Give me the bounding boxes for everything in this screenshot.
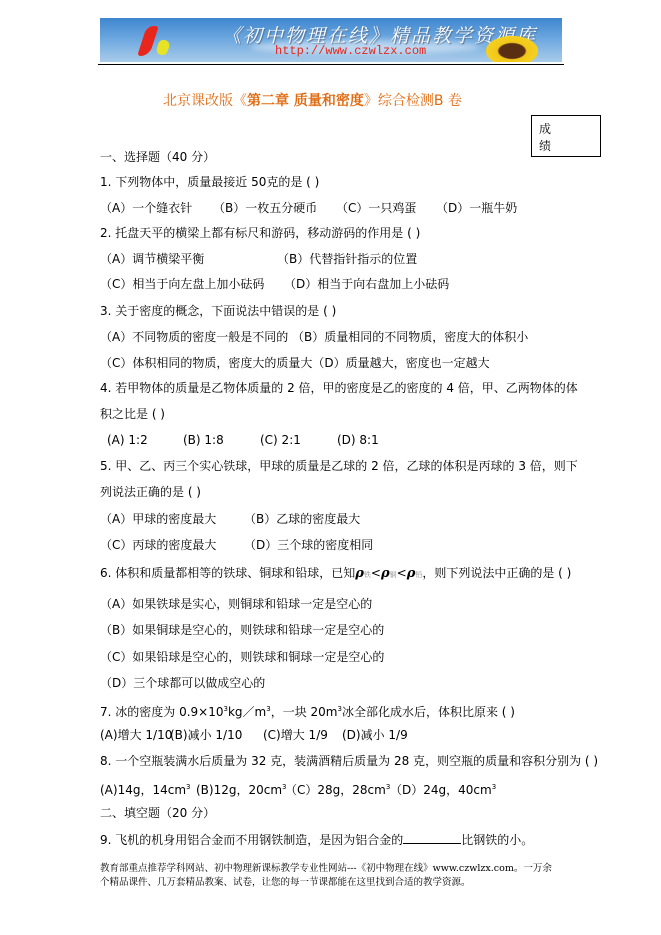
q5-option-c: （C）丙球的密度最大 xyxy=(100,538,216,552)
question-4-stem-2: 积之比是 ( ) xyxy=(100,407,165,421)
q2-option-c: （C）相当于向左盘上加小砝码 xyxy=(100,277,264,291)
question-5-stem-1: 5. 甲、乙、丙三个实心铁球，甲球的质量是乙球的 2 倍，乙球的体积是丙球的 3… xyxy=(100,459,578,473)
q1-option-c: （C）一只鸡蛋 xyxy=(336,201,416,215)
q3-options-line-2: （C）体积相同的物质，密度大的质量大（D）质量越大，密度也一定越大 xyxy=(100,356,490,370)
question-5-stem-2: 列说法正确的是 ( ) xyxy=(100,485,201,499)
score-label-1: 成 xyxy=(539,121,600,138)
q6-option-c: （C）如果铅球是空心的，则铁球和铜球一定是空心的 xyxy=(100,650,384,664)
less-than: < xyxy=(371,566,381,580)
q3-options-line-1: （A）不同物质的密度一般是不同的 （B）质量相同的不同物质，密度大的体积小 xyxy=(100,330,528,344)
q8-option-a: (A)14g，14cm3 xyxy=(100,780,191,797)
score-box: 成 绩 xyxy=(531,115,601,157)
q8-option-b-text: (B)12g，20cm xyxy=(196,783,282,797)
footer-line-2: 个精品课件、几万套精品教案、试卷，让您的每一节课都能在这里找到合适的教学资源。 xyxy=(100,876,570,890)
q7-option-d: (D)减小 1/9 xyxy=(342,728,408,742)
question-7-stem: 7. 冰的密度为 0.9×103kg／m3，一块 20m3冰全部化成水后，体积比… xyxy=(100,702,515,719)
q7-stem-b: kg／m xyxy=(228,705,266,719)
question-9-stem: 9. 飞机的机身用铝合金而不用钢铁制造，是因为铝合金的比钢铁的小。 xyxy=(100,832,533,847)
q7-option-a: (A)增大 1/10 xyxy=(100,728,172,742)
rho-symbol: ρ xyxy=(355,566,364,581)
q8-option-c-text: （C）28g，28cm xyxy=(285,783,386,797)
q2-option-b: （B）代替指针指示的位置 xyxy=(277,252,417,266)
q2-option-d: （D）相当于向右盘加上小砝码 xyxy=(284,277,449,291)
q6-option-a: （A）如果铁球是实心，则铜球和铅球一定是空心的 xyxy=(100,597,372,611)
q7-stem-d: 冰全部化成水后，体积比原来 ( ) xyxy=(342,705,515,719)
answer-blank[interactable] xyxy=(403,832,461,844)
q7-option-c: (C)增大 1/9 xyxy=(263,728,328,742)
q4-option-c: (C) 2:1 xyxy=(260,433,301,447)
q1-option-d: （D）一瓶牛奶 xyxy=(436,201,517,215)
q6-option-b: （B）如果铜球是空心的，则铁球和铅球一定是空心的 xyxy=(100,623,384,637)
banner-url[interactable]: http://www.czwlzx.com xyxy=(275,44,426,58)
site-banner: 《初中物理在线》精品教学资源库 http://www.czwlzx.com xyxy=(100,18,562,62)
q6-option-d: （D）三个球都可以做成空心的 xyxy=(100,676,265,690)
question-6-stem: 6. 体积和质量都相等的铁球、铜球和铅球，已知ρ铁<ρ铜<ρ铅，则下列说法中正确… xyxy=(100,566,571,582)
section-choice-header: 一、选择题（40 分） xyxy=(100,150,215,164)
question-4-stem-1: 4. 若甲物体的质量是乙物体质量的 2 倍，甲的密度是乙的密度的 4 倍，甲、乙… xyxy=(100,381,578,395)
q1-option-a: （A）一个缝衣针 xyxy=(100,201,192,215)
q2-option-a: （A）调节横梁平衡 xyxy=(100,252,204,266)
q4-option-b: (B) 1:8 xyxy=(183,433,224,447)
q5-option-d: （D）三个球的密度相同 xyxy=(244,538,373,552)
rho-sub-iron: 铁 xyxy=(364,571,371,579)
cubic-exp: 3 xyxy=(186,783,190,791)
q5-option-a: （A）甲球的密度最大 xyxy=(100,512,216,526)
less-than: < xyxy=(397,566,407,580)
title-suffix: 》综合检测B 卷 xyxy=(364,93,462,109)
q8-option-d-text: （D）24g，40cm xyxy=(390,783,492,797)
logo-accent-icon xyxy=(154,40,171,55)
q7-stem-c: ，一块 20m xyxy=(271,705,338,719)
q6-stem-start: 6. 体积和质量都相等的铁球、铜球和铅球，已知 xyxy=(100,566,355,580)
question-1-stem: 1. 下列物体中，质量最接近 50克的是 ( ) xyxy=(100,175,319,189)
question-3-stem: 3. 关于密度的概念，下面说法中错误的是 ( ) xyxy=(100,304,336,318)
rho-symbol: ρ xyxy=(381,566,390,581)
title-chapter: 第二章 质量和密度 xyxy=(247,93,364,109)
sunflower-image xyxy=(486,36,538,62)
q8-option-a-text: (A)14g，14cm xyxy=(100,783,186,797)
q8-option-b: (B)12g，20cm3 xyxy=(196,780,287,797)
footer-note: 教育部重点推荐学科网站、初中物理新课标教学专业性网站---《初中物理在线》www… xyxy=(100,862,570,890)
score-label-2: 绩 xyxy=(539,138,600,155)
header-divider xyxy=(98,64,564,65)
cubic-exp: 3 xyxy=(492,783,496,791)
section-fill-header: 二、填空题（20 分） xyxy=(100,806,215,820)
q7-option-b: (B)减小 1/10 xyxy=(170,728,242,742)
footer-line-1: 教育部重点推荐学科网站、初中物理新课标教学专业性网站---《初中物理在线》www… xyxy=(100,862,570,876)
document-title: 北京课改版《第二章 质量和密度》综合检测B 卷 xyxy=(163,90,462,110)
rho-sub-copper: 铜 xyxy=(390,571,397,579)
q1-option-b: （B）一枚五分硬币 xyxy=(213,201,317,215)
q8-option-c: （C）28g，28cm3 xyxy=(285,780,390,797)
q9-stem-start: 9. 飞机的机身用铝合金而不用钢铁制造，是因为铝合金的 xyxy=(100,833,403,847)
title-prefix: 北京课改版《 xyxy=(163,93,247,109)
q8-option-d: （D）24g，40cm3 xyxy=(390,780,496,797)
q5-option-b: （B）乙球的密度最大 xyxy=(244,512,360,526)
q6-stem-end: ，则下列说法中正确的是 ( ) xyxy=(422,566,571,580)
question-2-stem: 2. 托盘天平的横梁上都有标尺和游码，移动游码的作用是 ( ) xyxy=(100,226,420,240)
q9-stem-end: 比钢铁的小。 xyxy=(461,833,533,847)
question-8-stem: 8. 一个空瓶装满水后质量为 32 克，装满酒精后质量为 28 克，则空瓶的质量… xyxy=(100,754,598,768)
q4-option-d: (D) 8:1 xyxy=(337,433,379,447)
q4-option-a: (A) 1:2 xyxy=(107,433,148,447)
q7-stem-a: 7. 冰的密度为 0.9×10 xyxy=(100,705,224,719)
